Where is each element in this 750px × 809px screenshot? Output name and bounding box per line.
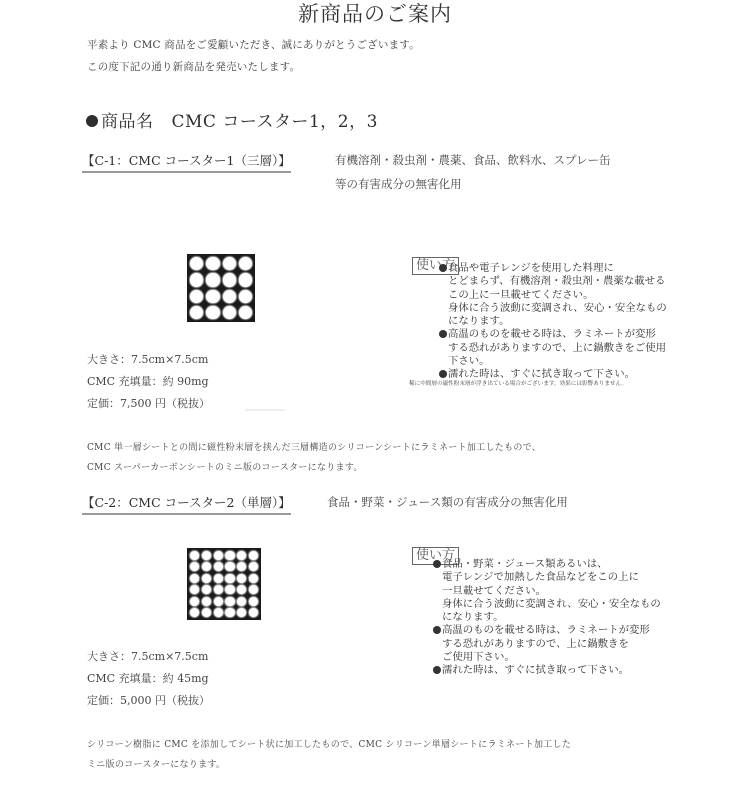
coaster-hole (202, 574, 211, 583)
product-c1-fill: CMC 充填量：約 90mg (87, 371, 210, 393)
coaster-grid-6x6-icon (187, 548, 261, 620)
coaster-hole (202, 608, 211, 617)
coaster-hole (202, 551, 211, 560)
coaster-hole (223, 257, 236, 270)
product-c2-label: 【C-2：CMC コースター2（単層）】 (82, 493, 291, 515)
product-c2-description-line-1: 食品・野菜・ジュース類の有害成分の無害化用 (327, 490, 568, 514)
usage-line: 高温のものを載せる時は、ラミネートが変形 (439, 328, 667, 341)
usage-list-c2: 食品・野菜・ジュース類あるいは、電子レンジで加熱した食品などをこの上に一旦載せて… (433, 558, 661, 678)
product-c2-paragraph-line-2: ミニ版のコースターになります。 (87, 755, 571, 775)
coaster-hole (223, 273, 236, 286)
coaster-hole (202, 597, 211, 606)
scan-smudge (245, 409, 285, 411)
coaster-hole (214, 551, 223, 560)
product-c1-price: 定価：7,500 円（税抜） (87, 393, 210, 415)
coaster-hole (225, 608, 234, 617)
intro-line-1: 平素より CMC 商品をご愛顧いただき、誠にありがとうございます。 (87, 37, 420, 52)
coaster-hole (214, 608, 223, 617)
coaster-hole (225, 562, 234, 571)
product-c1-description: 有機溶剤・殺虫剤・農薬、食品、飲料水、スプレー缶 等の有害成分の無害化用 (335, 148, 611, 196)
product-c1-specs: 大きさ：7.5cm×7.5cm CMC 充填量：約 90mg 定価：7,500 … (87, 349, 210, 415)
coaster-hole (190, 551, 199, 560)
product-c1-paragraph-line-2: CMC スーパーカーボンシートのミニ版のコースターになります。 (87, 458, 541, 478)
usage-line: 濡れた時は、すぐに拭き取って下さい。 (433, 664, 661, 677)
coaster-hole (214, 574, 223, 583)
coaster-hole (190, 273, 203, 286)
product-c2-paragraph-line-1: シリコーン樹脂に CMC を添加してシート状に加工したもので、CMC シリコーン… (87, 735, 571, 755)
coaster-hole (225, 585, 234, 594)
usage-line: になります。 (433, 611, 661, 624)
usage-line: 下さい。 (439, 355, 667, 368)
usage-line: 一旦載せてください。 (433, 585, 661, 598)
coaster-hole (206, 273, 219, 286)
coaster-hole (237, 597, 246, 606)
usage-line: ご使用下さい。 (433, 651, 661, 664)
coaster-hole (190, 574, 199, 583)
coaster-hole (237, 608, 246, 617)
product-heading: 商品名CMC コースター1，2，3 (86, 107, 378, 132)
coaster-hole (239, 257, 252, 270)
product-c2-price: 定価：5,000 円（税抜） (87, 690, 210, 712)
coaster-hole (249, 574, 258, 583)
coaster-hole (225, 574, 234, 583)
usage-line: する恐れがありますので、上に鍋敷きを (433, 638, 661, 651)
coaster-hole (214, 597, 223, 606)
coaster-hole (206, 306, 219, 319)
coaster-hole (206, 290, 219, 303)
product-c1-description-line-2: 等の有害成分の無害化用 (335, 172, 611, 196)
product-c1-size: 大きさ：7.5cm×7.5cm (87, 349, 210, 371)
coaster-hole (249, 562, 258, 571)
intro-line-2: この度下記の通り新商品を発売いたします。 (87, 59, 300, 74)
product-c2-paragraph: シリコーン樹脂に CMC を添加してシート状に加工したもので、CMC シリコーン… (87, 735, 571, 775)
coaster-hole (237, 574, 246, 583)
product-c2-fill: CMC 充填量：約 45mg (87, 668, 210, 690)
coaster-hole (249, 608, 258, 617)
coaster-hole (249, 551, 258, 560)
coaster-hole (190, 257, 203, 270)
coaster-hole (223, 306, 236, 319)
usage-line: 身体に合う波動に変調され、安心・安全なもの (439, 302, 667, 315)
coaster-hole (214, 562, 223, 571)
usage-line: 高温のものを載せる時は、ラミネートが変形 (433, 624, 661, 637)
usage-line: 食品・野菜・ジュース類あるいは、 (433, 558, 661, 571)
coaster-hole (202, 562, 211, 571)
coaster-hole (190, 608, 199, 617)
bullet-dot-icon (86, 115, 98, 127)
page-title: 新商品のご案内 (0, 0, 750, 28)
coaster-hole (225, 597, 234, 606)
usage-line: この上に一旦載せてください。 (439, 289, 667, 302)
coaster-hole (190, 585, 199, 594)
coaster-hole (223, 290, 236, 303)
coaster-hole (237, 551, 246, 560)
coaster-hole (237, 585, 246, 594)
coaster-hole (202, 585, 211, 594)
coaster-hole (190, 306, 203, 319)
coaster-hole (239, 273, 252, 286)
coaster-hole (239, 290, 252, 303)
product-c1-paragraph-line-1: CMC 単一層シートとの間に磁性粉末層を挟んだ三層構造のシリコーンシートにラミネ… (87, 438, 541, 458)
coaster-hole (206, 257, 219, 270)
usage-note-c1: 稀に中間層の磁性粉末層が浮き出ている場合がございます。効果には影響ありません。 (409, 379, 627, 387)
usage-line: になります。 (439, 315, 667, 328)
usage-line: 食品や電子レンジを使用した料理に (439, 262, 667, 275)
product-c1-paragraph: CMC 単一層シートとの間に磁性粉末層を挟んだ三層構造のシリコーンシートにラミネ… (87, 438, 541, 478)
product-c1-description-line-1: 有機溶剤・殺虫剤・農薬、食品、飲料水、スプレー缶 (335, 148, 611, 172)
coaster-hole (249, 585, 258, 594)
coaster-hole (190, 290, 203, 303)
coaster-hole (214, 585, 223, 594)
coaster-hole (190, 597, 199, 606)
coaster-hole (237, 562, 246, 571)
usage-list-c1: 食品や電子レンジを使用した料理にとどまらず、有機溶剤・殺虫剤・農薬な載せるこの上… (439, 262, 667, 382)
product-c1-label: 【C-1：CMC コースター1（三層）】 (82, 151, 291, 173)
coaster-hole (239, 306, 252, 319)
product-heading-value: CMC コースター1，2，3 (172, 112, 378, 132)
coaster-hole (190, 562, 199, 571)
usage-line: する恐れがありますので、上に鍋敷きをご使用 (439, 342, 667, 355)
coaster-hole (225, 551, 234, 560)
usage-line: 電子レンジで加熱した食品などをこの上に (433, 571, 661, 584)
product-c2-specs: 大きさ：7.5cm×7.5cm CMC 充填量：約 45mg 定価：5,000 … (87, 646, 210, 712)
coaster-grid-4x4-icon (187, 254, 255, 322)
product-heading-label: 商品名 (101, 112, 154, 132)
usage-line: とどまらず、有機溶剤・殺虫剤・農薬な載せる (439, 275, 667, 288)
coaster-hole (249, 597, 258, 606)
product-c2-description: 食品・野菜・ジュース類の有害成分の無害化用 (327, 490, 568, 514)
usage-line: 身体に合う波動に変調され、安心・安全なもの (433, 598, 661, 611)
product-c2-size: 大きさ：7.5cm×7.5cm (87, 646, 210, 668)
